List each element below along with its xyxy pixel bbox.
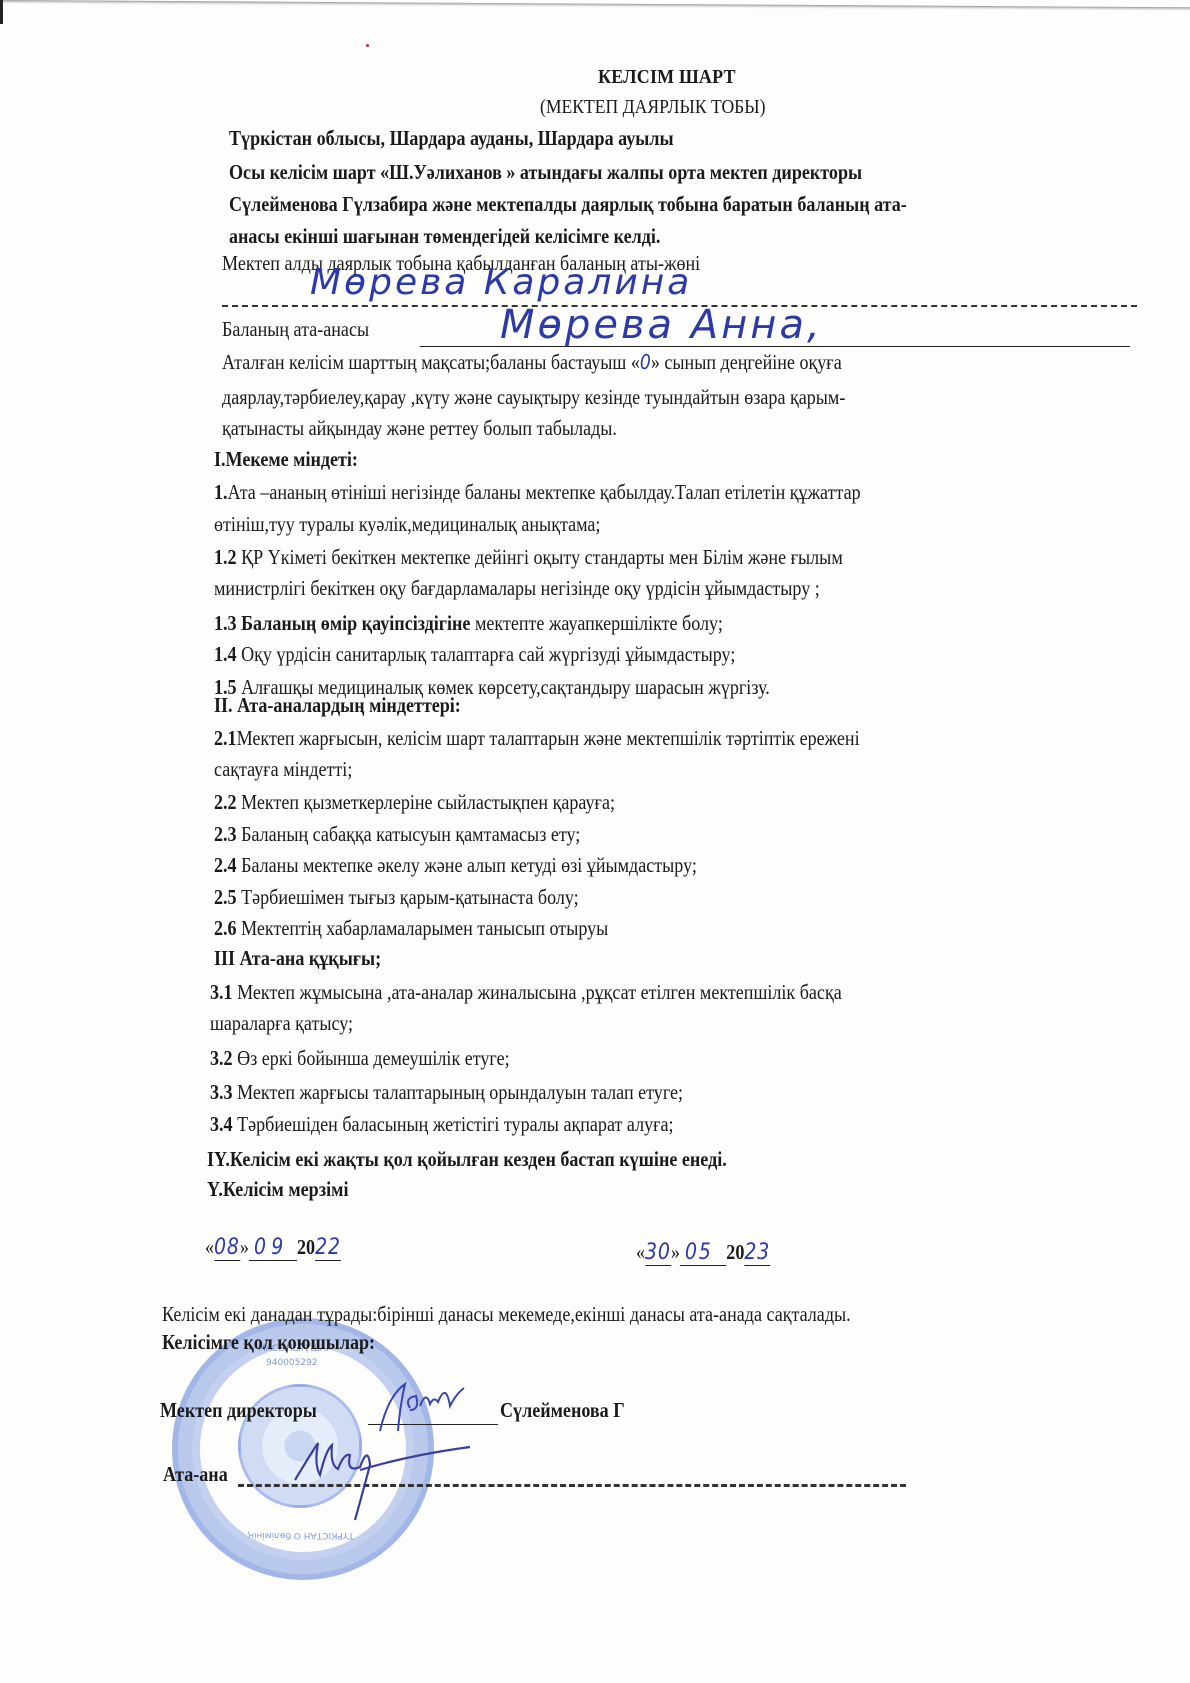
item-text: сақтауға міндетті; bbox=[214, 757, 352, 781]
date-start-month: 09 bbox=[249, 1235, 297, 1261]
item-number: 1. bbox=[214, 480, 228, 504]
item-number: 2.2 bbox=[214, 790, 237, 814]
parent-sign-label: Ата-ана bbox=[163, 1462, 228, 1487]
item-text: Тәрбиешіден баласының жетістігі туралы а… bbox=[233, 1112, 674, 1136]
section-1-heading: I.Мекеме міндеті: bbox=[214, 447, 358, 472]
list-item: 1.Ата –ананың өтініші негізінде баланы м… bbox=[214, 480, 861, 505]
date-start-year-prefix: 20 bbox=[297, 1235, 315, 1259]
item-number: 1.4 bbox=[214, 642, 237, 666]
list-item: министрлігі бекіткен оқу бағдарламалары … bbox=[214, 576, 820, 601]
item-number: 2.4 bbox=[214, 853, 237, 877]
item-number: 2.3 bbox=[214, 822, 237, 846]
item-text: Мектептің хабарламаларымен танысып отыру… bbox=[237, 916, 609, 940]
list-item: 3.2 Өз еркі бойынша демеушілік етуге; bbox=[210, 1046, 510, 1071]
date-end-day: 30 bbox=[645, 1240, 671, 1266]
item-number: 3.3 bbox=[210, 1080, 233, 1104]
item-text: Мектеп қызметкерлеріне сыйластықпен қара… bbox=[237, 790, 615, 814]
date-start-day: 08 bbox=[214, 1235, 240, 1261]
item-number: 3.1 bbox=[210, 980, 233, 1004]
item-text: Мектеп жарғысы талаптарының орындалуын т… bbox=[233, 1080, 683, 1104]
item-text: Баланы мектепке әкелу және алып кетуді ө… bbox=[237, 853, 697, 877]
item-text: Мектеп жарғысын, келісім шарт талаптарын… bbox=[237, 726, 860, 750]
intro-line-1: Осы келісім шарт «Ш.Уәлиханов » атындағы… bbox=[229, 160, 862, 185]
stamp-text-number: 940005292 bbox=[266, 1358, 318, 1368]
scan-edge-top bbox=[0, 0, 1190, 11]
list-item: 2.5 Тәрбиешімен тығыз қарым-қатынаста бо… bbox=[214, 885, 579, 910]
item-text: Тәрбиешімен тығыз қарым-қатынаста болу; bbox=[237, 885, 579, 909]
date-end-open-quote: « bbox=[636, 1240, 645, 1264]
list-item: өтініш,туу туралы куәлік,медициналық аны… bbox=[214, 512, 600, 537]
date-end-month: 05 bbox=[680, 1240, 726, 1266]
scan-speck bbox=[366, 44, 369, 47]
purpose-line-1: Аталған келісім шарттың мақсаты;баланы б… bbox=[222, 350, 842, 375]
director-name: Сүлейменова Г bbox=[500, 1398, 625, 1423]
date-end-year-suffix: 23 bbox=[744, 1240, 770, 1266]
list-item: 3.3 Мектеп жарғысы талаптарының орындалу… bbox=[210, 1080, 683, 1105]
item-number: 2.6 bbox=[214, 916, 237, 940]
scan-edge-left bbox=[0, 0, 3, 24]
signers-heading: Келісімге қол қоюшылар: bbox=[162, 1330, 375, 1355]
list-item: шараларға қатысу; bbox=[210, 1011, 353, 1036]
list-item: 2.1Мектеп жарғысын, келісім шарт талапта… bbox=[214, 726, 860, 751]
purpose-text-a: Аталған келісім шарттың мақсаты;баланы б… bbox=[222, 350, 640, 374]
list-item: сақтауға міндетті; bbox=[214, 757, 352, 782]
section-3-heading: III Ата-ана құқығы; bbox=[214, 946, 381, 971]
section-2-heading: II. Ата-аналардың міндеттері: bbox=[214, 693, 461, 718]
parent-name-label: Баланың ата-анасы bbox=[222, 317, 369, 342]
section-5-heading: Y.Келісім мерзімі bbox=[207, 1177, 349, 1202]
item-text: Ата –ананың өтініші негізінде баланы мек… bbox=[228, 480, 861, 504]
item-text: мектепте жауапкершілікте болу; bbox=[470, 611, 722, 635]
item-number: 2.1 bbox=[214, 726, 237, 750]
purpose-text-b: » сынып деңгейіне оқуға bbox=[651, 350, 842, 374]
item-number: 1.2 bbox=[214, 545, 237, 569]
parent-signature bbox=[280, 1425, 480, 1535]
list-item: 2.6 Мектептің хабарламаларымен танысып о… bbox=[214, 916, 608, 941]
item-number: 2.5 bbox=[214, 885, 237, 909]
grade-value: 0 bbox=[640, 350, 651, 374]
item-number: 3.4 bbox=[210, 1112, 233, 1136]
director-label: Мектеп директоры bbox=[160, 1398, 317, 1423]
list-item: 1.2 ҚР Үкіметі бекіткен мектепке дейінгі… bbox=[214, 545, 843, 570]
date-start: «08»092022 bbox=[205, 1235, 341, 1260]
date-start-open-quote: « bbox=[205, 1235, 214, 1259]
list-item: 2.2 Мектеп қызметкерлеріне сыйластықпен … bbox=[214, 790, 615, 815]
item-text: Оқу үрдісін санитарлық талаптарға сай жү… bbox=[237, 642, 736, 666]
item-text: министрлігі бекіткен оқу бағдарламалары … bbox=[214, 576, 820, 600]
date-start-close-quote: » bbox=[240, 1235, 249, 1259]
copies-note: Келісім екі данадан тұрады:бірінші данас… bbox=[162, 1302, 851, 1327]
list-item: 3.4 Тәрбиешіден баласының жетістігі тура… bbox=[210, 1112, 674, 1137]
document-title: КЕЛСІМ ШАРТ bbox=[598, 66, 736, 89]
intro-line-2: Сүлейменова Гүлзабира және мектепалды да… bbox=[229, 192, 907, 217]
intro-line-3: анасы екінші шағынан төмендегідей келісі… bbox=[229, 224, 660, 249]
date-start-year-suffix: 22 bbox=[315, 1235, 341, 1261]
document-subtitle: (МЕКТЕП ДАЯРЛЫК ТОБЫ) bbox=[540, 96, 766, 119]
list-item: 2.3 Баланың сабаққа катысуын қамтамасыз … bbox=[214, 822, 580, 847]
child-name-value: Мөрева Каралина bbox=[310, 262, 692, 303]
date-end-close-quote: » bbox=[671, 1240, 680, 1264]
list-item: 1.4 Оқу үрдісін санитарлық талаптарға са… bbox=[214, 642, 735, 667]
item-text: Баланың сабаққа катысуын қамтамасыз ету; bbox=[237, 822, 581, 846]
item-emphasis: Баланың өмір қауіпсіздігіне bbox=[237, 611, 471, 635]
date-end-year-prefix: 20 bbox=[726, 1240, 744, 1264]
item-number: 3.2 bbox=[210, 1046, 233, 1070]
list-item: 1.3 Баланың өмір қауіпсіздігіне мектепте… bbox=[214, 611, 723, 636]
item-text: Мектеп жұмысына ,ата-аналар жиналысына ,… bbox=[233, 980, 842, 1004]
date-end: «30»052023 bbox=[636, 1240, 770, 1265]
item-text: ҚР Үкіметі бекіткен мектепке дейінгі оқы… bbox=[237, 545, 843, 569]
location-line: Түркістан облысы, Шардара ауданы, Шардар… bbox=[229, 126, 674, 151]
item-text: өтініш,туу туралы куәлік,медициналық аны… bbox=[214, 512, 600, 536]
item-text: шараларға қатысу; bbox=[210, 1011, 353, 1035]
item-number: 1.3 bbox=[214, 611, 237, 635]
purpose-line-3: қатынасты айқындау және реттеу болып таб… bbox=[222, 416, 617, 441]
section-4-text: IY.Келісім екі жақты қол қойылған кезден… bbox=[207, 1147, 727, 1172]
purpose-line-2: даярлау,тәрбиелеу,қарау ,күту және сауық… bbox=[222, 385, 845, 410]
list-item: 3.1 Мектеп жұмысына ,ата-аналар жиналысы… bbox=[210, 980, 842, 1005]
parent-name-value: Мөрева Анна, bbox=[500, 302, 823, 348]
item-text: Өз еркі бойынша демеушілік етуге; bbox=[233, 1046, 510, 1070]
list-item: 2.4 Баланы мектепке әкелу және алып кету… bbox=[214, 853, 697, 878]
